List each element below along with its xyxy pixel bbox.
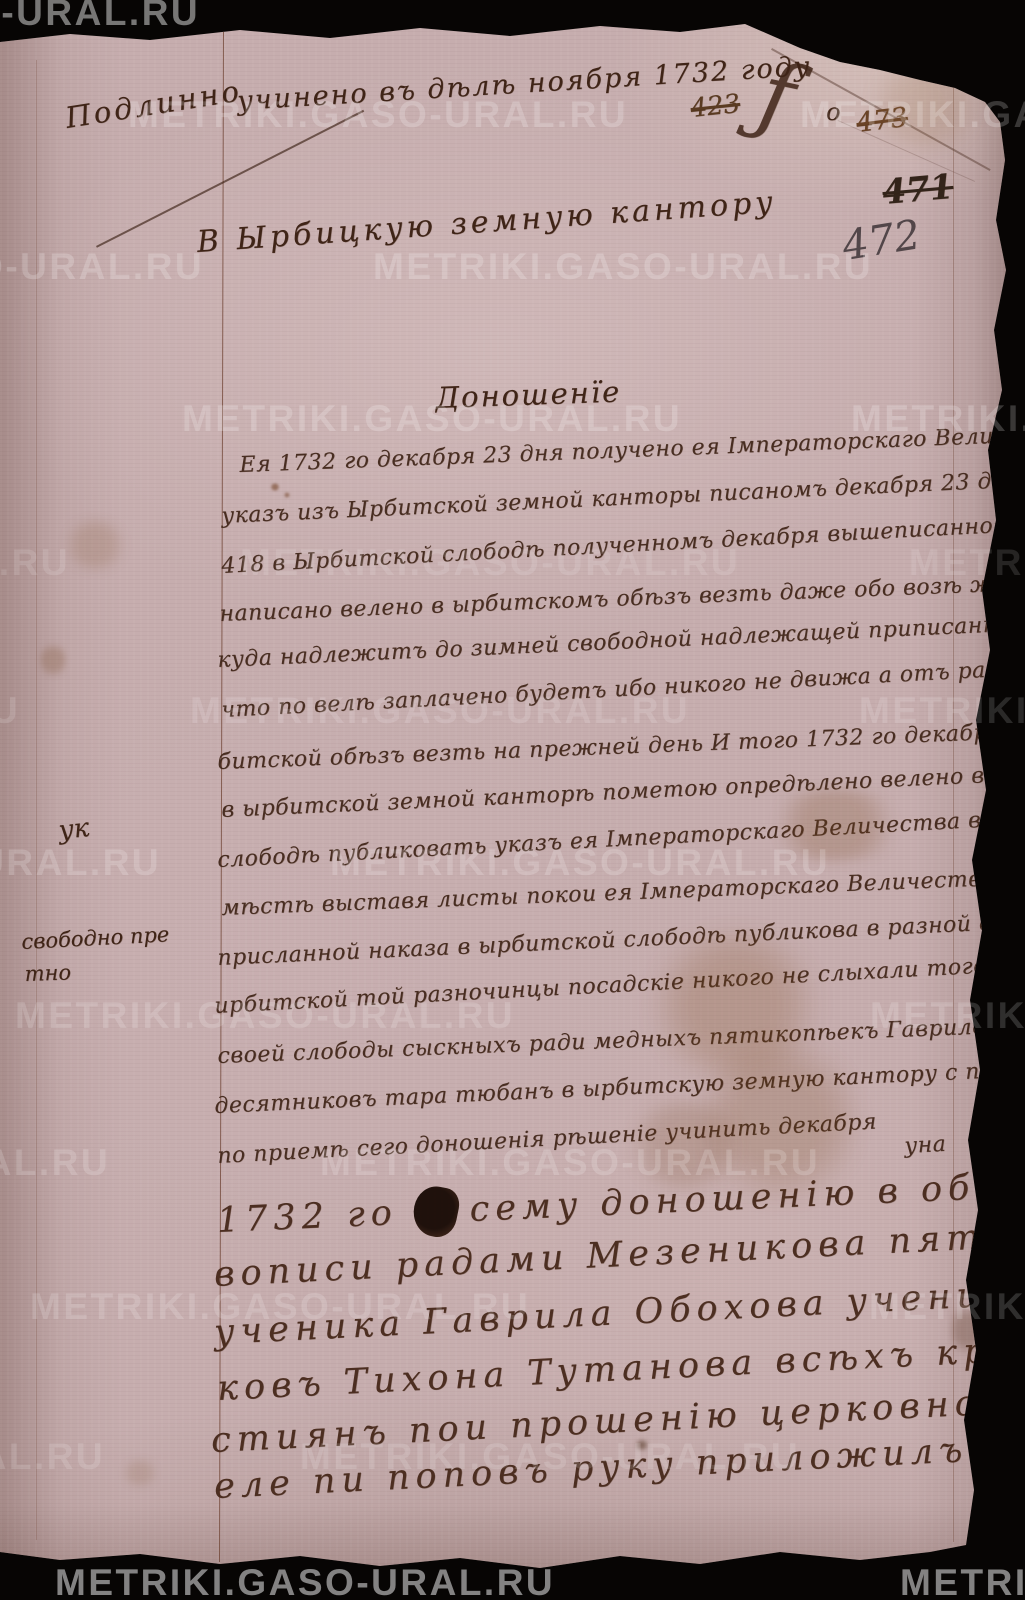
margin-note-2: свободно пре (21, 924, 170, 953)
manuscript-line: своей слободы сыскныхъ ради медныхъ пяти… (217, 1012, 1025, 1068)
body-line-fragment: уна (904, 1134, 947, 1158)
right-fold-line (953, 42, 954, 1542)
manuscript-line: битской обѣзъ везть на прежней день И то… (217, 718, 1025, 774)
folio-number-struck-471: 471 (881, 170, 955, 210)
manuscript-page: Подлинно учинено въ дѣлѣ ноября 1732 год… (0, 0, 1025, 1600)
watermark-text: METRIKI.GASO-URAL.RU (900, 1562, 1025, 1600)
paper-stain (640, 930, 830, 1080)
watermark-text: METRIKI.GASO-URAL.RU (0, 0, 200, 34)
manuscript-line: Ея 1732 го декабря 23 дня получено ея Ім… (239, 423, 1025, 477)
document-heading: Доношенїе (435, 378, 622, 413)
watermark-text: METRIKI.GASO-URAL.RU (55, 1562, 555, 1600)
paper-stain (284, 492, 290, 498)
header-struck-number: 423 (689, 91, 741, 122)
paper-stain (60, 520, 130, 570)
folio-number-struck-473: 473 (855, 104, 909, 137)
left-crease-line (36, 60, 37, 1540)
address-line: В Ырбицкую земную кантору (196, 188, 778, 258)
manuscript-line: по приемѣ сего доношенія рѣшеніе учинить… (217, 1111, 878, 1168)
paper-stain (120, 1460, 160, 1486)
ink-blot (409, 1183, 462, 1241)
scanned-document-view: Подлинно учинено въ дѣлѣ ноября 1732 год… (0, 0, 1025, 1600)
margin-note-3: тно (24, 962, 71, 985)
paper-stain (40, 640, 66, 680)
paraph-tail: о (826, 100, 840, 124)
paper-stain (270, 483, 280, 491)
closing-year: 1732 го (216, 1193, 399, 1241)
archival-note: Подлинно (63, 77, 243, 133)
manuscript-line: мѣстѣ выставя листы покои ея Імператорск… (221, 866, 1025, 920)
margin-note-1: ук (57, 815, 90, 844)
folio-number-472: 472 (840, 214, 924, 267)
